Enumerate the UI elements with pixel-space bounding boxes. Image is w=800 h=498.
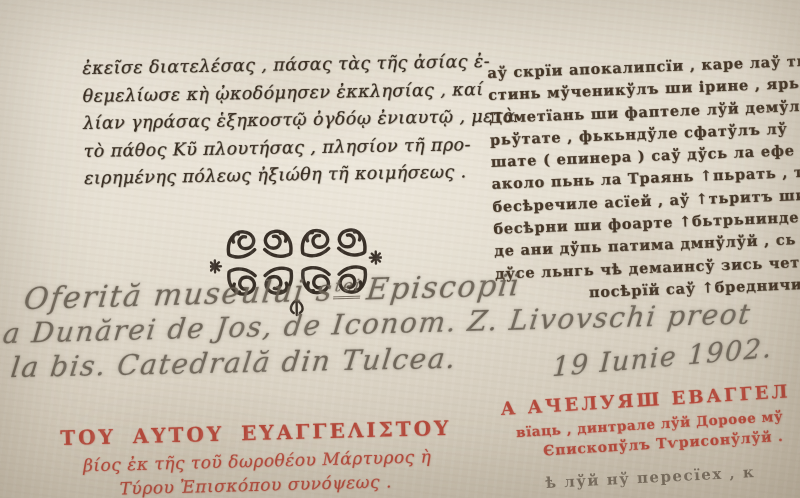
red-greek-heading: ΤΟΥ ΑΥΤΟΥ ΕΥΑΓΓΕΛΙΣΤΟΥ βίος ἐκ τῆς τοῦ δ… bbox=[60, 416, 453, 498]
handwriting-superscript: tei bbox=[333, 276, 362, 300]
red-greek-subtitle-line: Τύρου Ἐπισκόπου συνόψεως . bbox=[119, 471, 453, 498]
printed-greek-paragraph: ἐκεῖσε διατελέσας , πάσας τὰς τῆς ἀσίας … bbox=[82, 48, 516, 193]
red-greek-title: ΤΟΥ ΑΥΤΟΥ ΕΥΑΓΓΕΛΙΣΤΟΥ bbox=[60, 416, 452, 450]
handwriting-text: Episcopii bbox=[365, 268, 523, 307]
handwritten-date: 19 Iunie 1902. bbox=[551, 333, 773, 384]
old-book-page-photo: ἐκεῖσε διατελέσας , πάσας τὰς τῆς ἀσίας … bbox=[0, 0, 800, 498]
faint-cutoff-text-line: ѣ лўй нў пересїех , к bbox=[545, 463, 756, 492]
printed-cyrillic-paragraph: аў скрїи апокалипсїи , каре лаў тьлкўит … bbox=[487, 49, 800, 308]
red-cyrillic-heading: А АЧЕЛУЯШ ЕВАГГЕЛ вїаць , динтрале лўй Д… bbox=[500, 381, 794, 462]
